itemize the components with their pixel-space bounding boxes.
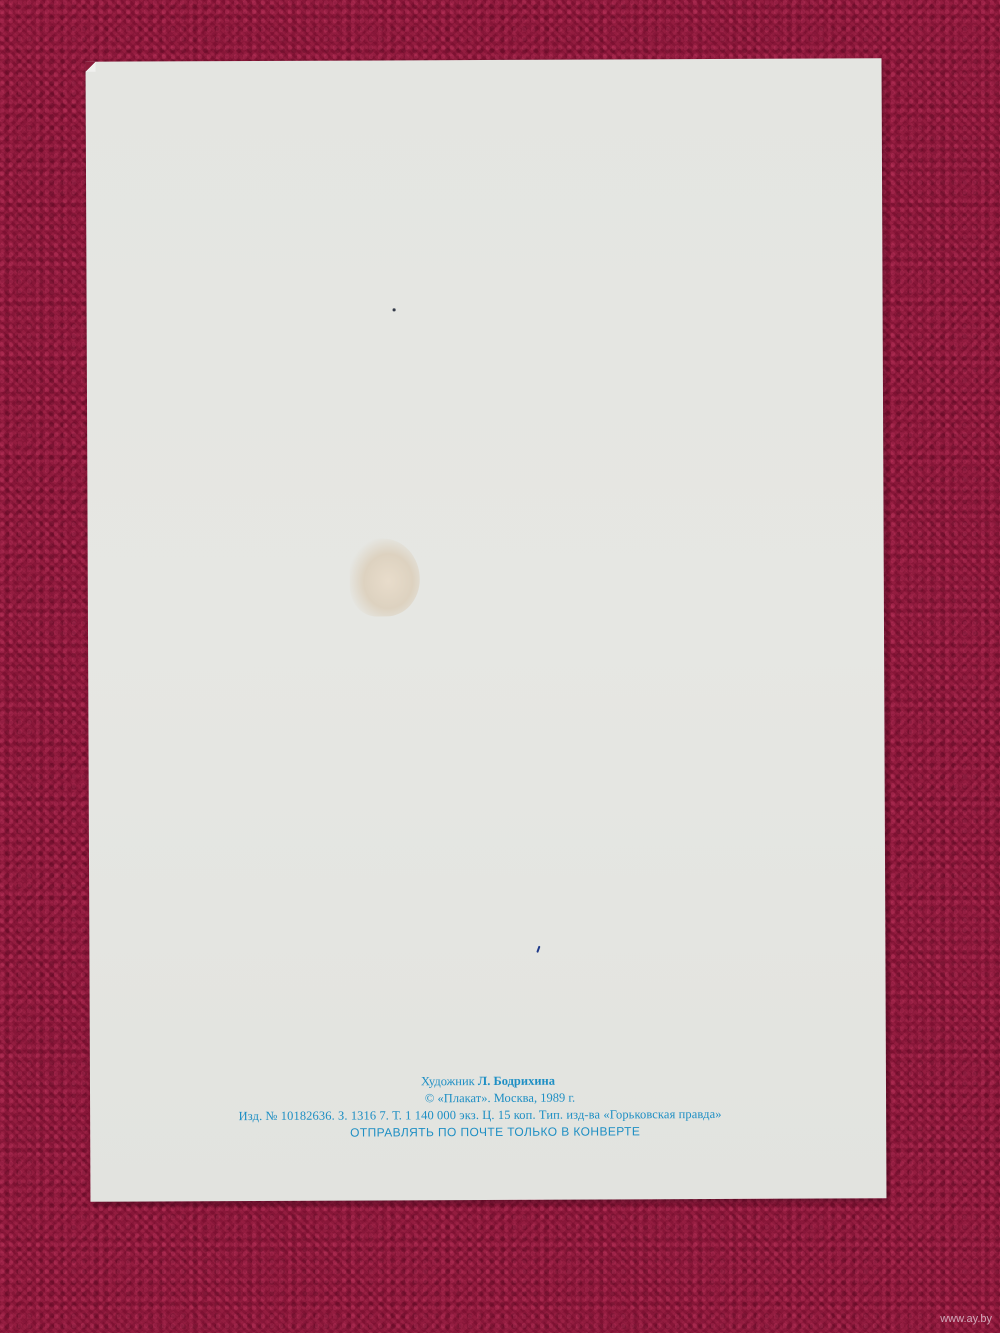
ink-mark (536, 946, 540, 953)
postcard-back: Художник Л. Бодрихина © «Плакат». Москва… (86, 58, 887, 1201)
folded-corner (86, 62, 96, 72)
publisher-imprint: Художник Л. Бодрихина © «Плакат». Москва… (90, 1071, 886, 1142)
paper-stain (350, 538, 420, 616)
artist-label: Художник (421, 1074, 475, 1088)
artist-name: Л. Бодрихина (478, 1074, 555, 1088)
mailing-notice: ОТПРАВЛЯТЬ ПО ПОЧТЕ ТОЛЬКО В КОНВЕРТЕ (104, 1122, 886, 1142)
site-watermark: www.ay.by (940, 1313, 992, 1325)
speck-mark (393, 308, 396, 311)
